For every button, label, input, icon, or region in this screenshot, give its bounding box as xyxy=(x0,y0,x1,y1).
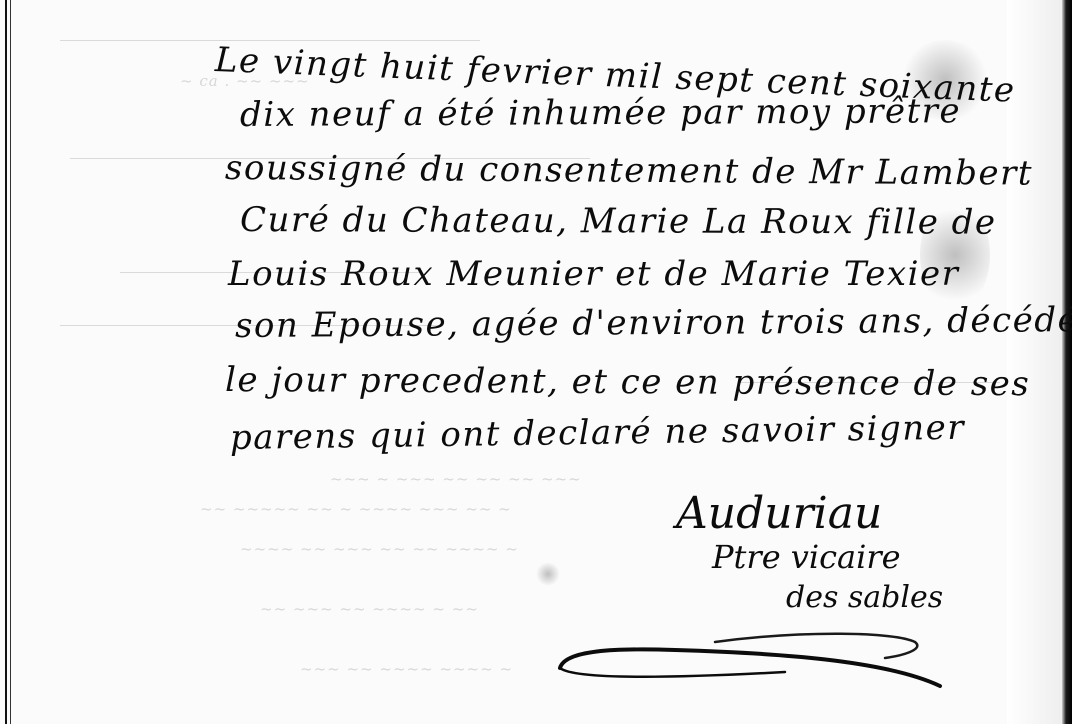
record-line-8: parens qui ont declaré ne savoir signer xyxy=(230,408,966,458)
record-line-3: soussigné du consentement de Mr Lambert xyxy=(225,148,1033,194)
bleed-text: ~~~~ ~~ ~~~ ~~ ~~ ~~~~ ~ xyxy=(240,540,519,558)
record-line-7: le jour precedent, et ce en présence de … xyxy=(225,360,1031,404)
record-line-4: Curé du Chateau, Marie La Roux fille de xyxy=(240,200,997,243)
bleed-text: ~~ ~~~~~ ~~ ~ ~~~~ ~~~ ~~ ~ xyxy=(200,500,512,518)
record-line-2: dix neuf a été inhumée par moy prêtre xyxy=(240,91,961,135)
signature-name: Auduriau xyxy=(676,488,882,539)
bleed-text: ~~~ ~ ~~~ ~~ ~~ ~~ ~~~ xyxy=(330,470,582,488)
bleed-text: ~~ ~~~ ~~ ~~~~ ~ ~~ xyxy=(260,600,479,618)
signature-title-line2: des sables xyxy=(786,580,943,615)
bleed-text: ~~~ ~~ ~~~~ ~~~~ ~ xyxy=(300,660,513,678)
record-line-5: Louis Roux Meunier et de Marie Texier xyxy=(228,254,959,294)
signature-title-line1: Ptre vicaire xyxy=(712,538,901,576)
register-page: ~ ca . ~~ ~~~ ~~~ ~ ~~~ ~~ ~~ ~~ ~~~ ~~ … xyxy=(0,0,1072,724)
page-margin-right xyxy=(1007,0,1062,724)
record-line-6: son Epouse, agée d'environ trois ans, dé… xyxy=(235,300,1072,346)
ink-stain xyxy=(536,562,560,586)
signature-flourish xyxy=(555,620,955,690)
binding-edge-left xyxy=(5,0,11,724)
bleed-line xyxy=(60,40,480,41)
binding-edge-right xyxy=(1062,0,1072,724)
